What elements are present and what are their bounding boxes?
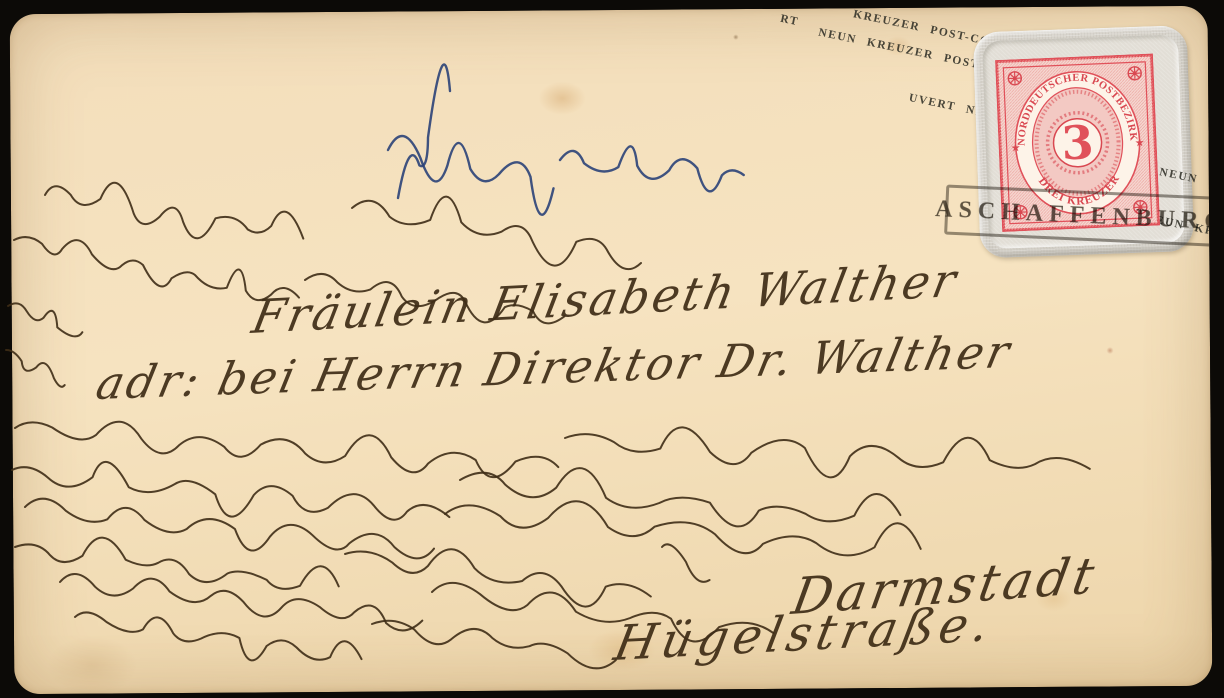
photo-of-postal-cover: { "colors": { "background": "#0c0a07", "… — [0, 0, 1224, 698]
envelope: RT KREUZER POST-COUVERT NEUN KREUZER POS… — [10, 6, 1213, 694]
stamp-right-star-icon: ★ — [1134, 137, 1144, 149]
stamp-numeral: 3 — [1060, 115, 1094, 170]
stamp-left-star-icon: ★ — [1011, 142, 1021, 154]
overprint-fragment: RT — [779, 13, 800, 29]
